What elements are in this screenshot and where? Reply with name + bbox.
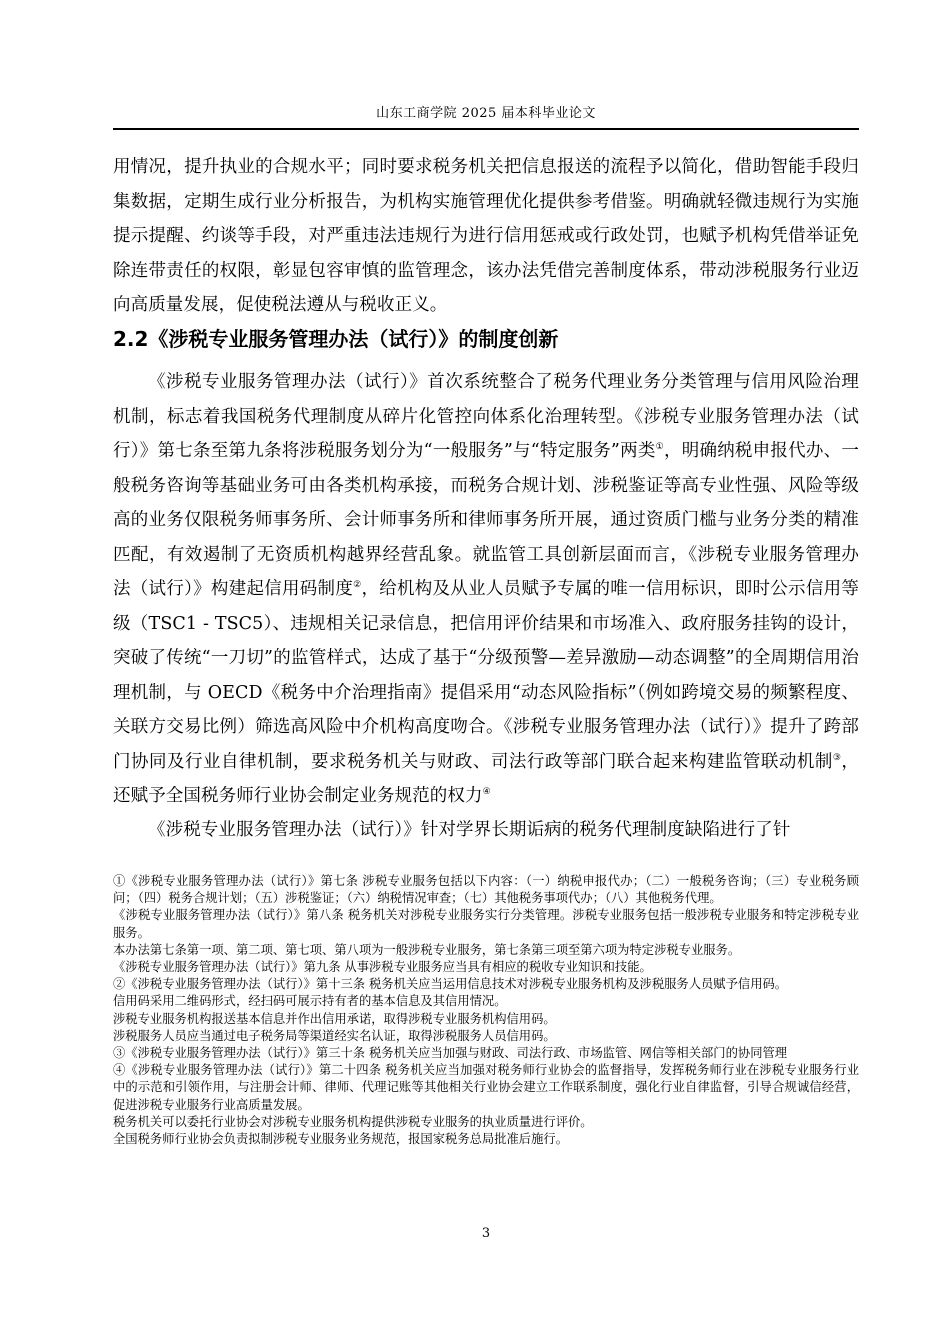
footnote-4-cont: 全国税务师行业协会负责拟制涉税专业服务业务规范，报国家税务总局批准后施行。 bbox=[113, 1131, 859, 1148]
footnote-2-cont: 信用码采用二维码形式，经扫码可展示持有者的基本信息及其信用情况。 bbox=[113, 993, 859, 1010]
paragraph-text: ，给机构及从业人员赋予专属的唯一信用标识，即时公示信用等级（TSC1 - TSC… bbox=[113, 579, 859, 772]
footnotes: ①《涉税专业服务管理办法（试行）》第七条 涉税专业服务包括以下内容：（一）纳税申… bbox=[113, 873, 859, 1148]
footnote-4: ④《涉税专业服务管理办法（试行）》第二十四条 税务机关应当加强对税务师行业协会的… bbox=[113, 1062, 859, 1114]
body-paragraph-3: 《涉税专业服务管理办法（试行）》针对学界长期诟病的税务代理制度缺陷进行了针 bbox=[113, 813, 859, 848]
footnote-4-cont: 税务机关可以委托行业协会对涉税专业服务机构提供涉税专业服务的执业质量进行评价。 bbox=[113, 1114, 859, 1131]
footnote-3: ③《涉税专业服务管理办法（试行）》第三十条 税务机关应当加强与财政、司法行政、市… bbox=[113, 1045, 859, 1062]
footnote-ref-4[interactable]: ④ bbox=[483, 787, 491, 797]
section-heading: 2.2《涉税专业服务管理办法（试行）》的制度创新 bbox=[113, 322, 558, 356]
page-number: 3 bbox=[113, 1226, 859, 1242]
footnote-1: ①《涉税专业服务管理办法（试行）》第七条 涉税专业服务包括以下内容：（一）纳税申… bbox=[113, 873, 859, 907]
body-paragraph-1: 用情况，提升执业的合规水平；同时要求税务机关把信息报送的流程予以简化，借助智能手… bbox=[113, 150, 859, 323]
footnote-1-cont: 本办法第七条第一项、第二项、第七项、第八项为一般涉税专业服务，第七条第三项至第六… bbox=[113, 942, 859, 959]
footnote-1-cont: 《涉税专业服务管理办法（试行）》第八条 税务机关对涉税专业服务实行分类管理。涉税… bbox=[113, 907, 859, 941]
footnote-ref-1[interactable]: ① bbox=[656, 442, 664, 452]
footnote-2-cont: 涉税专业服务机构报送基本信息并作出信用承诺，取得涉税专业服务机构信用码。 bbox=[113, 1011, 859, 1028]
footnote-1-cont: 《涉税专业服务管理办法（试行）》第九条 从事涉税专业服务应当具有相应的税收专业知… bbox=[113, 959, 859, 976]
paragraph-text: ，明确纳税申报代办、一般税务咨询等基础业务可由各类机构承接，而税务合规计划、涉税… bbox=[113, 441, 859, 599]
page-header: 山东工商学院 2025 届本科毕业论文 bbox=[113, 106, 859, 122]
footnote-2: ②《涉税专业服务管理办法（试行）》第十三条 税务机关应当运用信息技术对涉税专业服… bbox=[113, 976, 859, 993]
body-paragraph-2: 《涉税专业服务管理办法（试行）》首次系统整合了税务代理业务分类管理与信用风险治理… bbox=[113, 365, 859, 814]
header-rule bbox=[113, 128, 859, 130]
footnote-2-cont: 涉税服务人员应当通过电子税务局等渠道经实名认证，取得涉税服务人员信用码。 bbox=[113, 1028, 859, 1045]
